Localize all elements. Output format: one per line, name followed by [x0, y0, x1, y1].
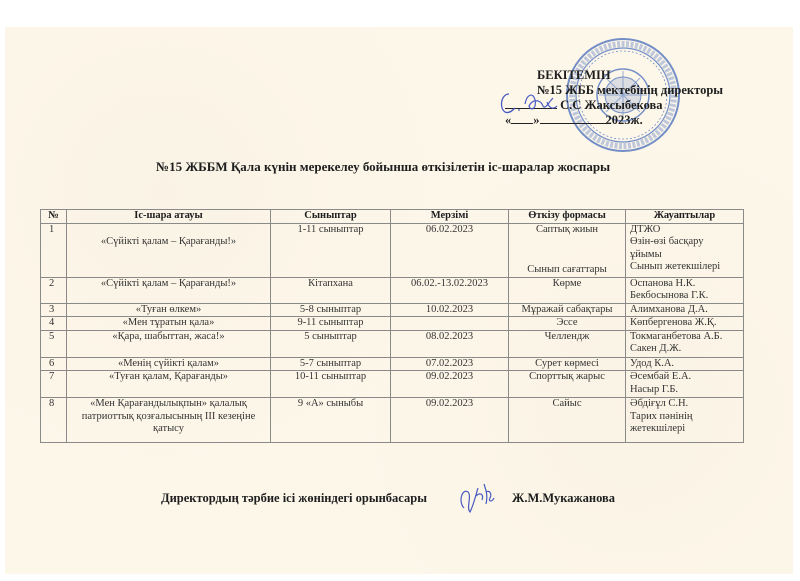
responsible-line: ұйымы [630, 249, 740, 262]
cell-number: 6 [41, 357, 67, 371]
director-signature-icon [497, 82, 567, 122]
table-row: 2 «Сүйікті қалам – Қарағанды!» Кітапхана… [41, 277, 744, 303]
column-header-classes: Сыныптар [271, 210, 391, 224]
responsible-line: жетекшілері [630, 423, 740, 436]
cell-date [391, 317, 509, 331]
table-header-row: № Іс-шара атауы Сыныптар Мерзімі Өткізу … [41, 210, 744, 224]
cell-event: «Қара, шабыттан, жаса!» [67, 330, 271, 357]
cell-responsible: Әбдіғұл С.Н. Тарих пәнінің жетекшілері [626, 398, 744, 443]
table-row: 4 «Мен тұратын қала» 9-11 сыныптар Эссе … [41, 317, 744, 331]
cell-classes: 5 сыныптар [271, 330, 391, 357]
cell-classes: 9 «А» сыныбы [271, 398, 391, 443]
cell-date: 09.02.2023 [391, 398, 509, 443]
cell-number: 5 [41, 330, 67, 357]
cell-classes: 10-11 сыныптар [271, 371, 391, 398]
cell-number: 8 [41, 398, 67, 443]
cell-date: 08.02.2023 [391, 330, 509, 357]
approval-heading: БЕКІТЕМІН [533, 68, 723, 83]
cell-event: «Мен тұратын қала» [67, 317, 271, 331]
page-title: №15 ЖББМ Қала күнін мерекелеу бойынша өт… [156, 159, 610, 175]
table-row: 3 «Туған өлкем» 5-8 сыныптар 10.02.2023 … [41, 303, 744, 317]
column-header-date: Мерзімі [391, 210, 509, 224]
cell-classes: 9-11 сыныптар [271, 317, 391, 331]
responsible-line: Насыр Г.Б. [630, 384, 740, 397]
cell-event: «Сүйікті қалам – Қарағанды!» [67, 223, 271, 277]
cell-event: «Мен Қарағандылықпын» қалалық патриоттық… [67, 398, 271, 443]
cell-form: Сайыс [509, 398, 626, 443]
footer-position: Директордың тәрбие ісі жөніндегі орынбас… [161, 491, 427, 506]
approval-name: С.С Жаксыбекова [560, 98, 662, 112]
cell-classes: 5-8 сыныптар [271, 303, 391, 317]
responsible-line: Оспанова Н.К. [630, 278, 740, 291]
cell-date: 06.02.-13.02.2023 [391, 277, 509, 303]
cell-responsible: Оспанова Н.К. Бекбосынова Г.К. [626, 277, 744, 303]
responsible-line: Сакен Д.Ж. [630, 343, 740, 356]
cell-event: «Менің сүйікті қалам» [67, 357, 271, 371]
table-row: 7 «Туған қалам, Қарағанды» 10-11 сыныпта… [41, 371, 744, 398]
cell-event: «Туған өлкем» [67, 303, 271, 317]
footer-name: Ж.М.Мукажанова [512, 491, 615, 506]
responsible-line: Әсембай Е.А. [630, 371, 740, 384]
event-text: «Сүйікті қалам – Қарағанды!» [70, 224, 267, 249]
responsible-line: Токмаганбетова А.Б. [630, 331, 740, 344]
cell-event: «Туған қалам, Қарағанды» [67, 371, 271, 398]
column-header-number: № [41, 210, 67, 224]
cell-responsible: Удод К.А. [626, 357, 744, 371]
cell-responsible: Алимханова Д.А. [626, 303, 744, 317]
cell-number: 3 [41, 303, 67, 317]
cell-form: Көрме [509, 277, 626, 303]
table-row: 5 «Қара, шабыттан, жаса!» 5 сыныптар 08.… [41, 330, 744, 357]
cell-classes: Кітапхана [271, 277, 391, 303]
cell-form: Эссе [509, 317, 626, 331]
approval-year: 2023ж. [606, 113, 643, 127]
cell-responsible: Көпбергенова Ж.Қ. [626, 317, 744, 331]
table-row: 8 «Мен Қарағандылықпын» қалалық патриотт… [41, 398, 744, 443]
cell-form: Саптық жиын Сынып сағаттары [509, 223, 626, 277]
cell-date: 07.02.2023 [391, 357, 509, 371]
events-table: № Іс-шара атауы Сыныптар Мерзімі Өткізу … [40, 209, 744, 443]
cell-form: Спорттық жарыс [509, 371, 626, 398]
column-header-form: Өткізу формасы [509, 210, 626, 224]
column-header-responsible: Жауаптылар [626, 210, 744, 224]
responsible-line: ДТЖО [630, 224, 740, 237]
cell-responsible: Токмаганбетова А.Б. Сакен Д.Ж. [626, 330, 744, 357]
table-row: 6 «Менің сүйікті қалам» 5-7 сыныптар 07.… [41, 357, 744, 371]
cell-form: Сурет көрмесі [509, 357, 626, 371]
table-row: 1 «Сүйікті қалам – Қарағанды!» 1-11 сыны… [41, 223, 744, 277]
cell-responsible: ДТЖО Өзін-өзі басқару ұйымы Сынып жетекш… [626, 223, 744, 277]
cell-date: 09.02.2023 [391, 371, 509, 398]
cell-form: Мұражай сабақтары [509, 303, 626, 317]
cell-form: Челлендж [509, 330, 626, 357]
cell-responsible: Әсембай Е.А. Насыр Г.Б. [626, 371, 744, 398]
responsible-line: Тарих пәнінің [630, 411, 740, 424]
cell-date: 06.02.2023 [391, 223, 509, 277]
column-header-event: Іс-шара атауы [67, 210, 271, 224]
form-line: Сынып сағаттары [512, 264, 622, 277]
cell-event: «Сүйікті қалам – Қарағанды!» [67, 277, 271, 303]
responsible-line: Сынып жетекшілері [630, 261, 740, 274]
responsible-line: Өзін-өзі басқару [630, 236, 740, 249]
cell-classes: 1-11 сыныптар [271, 223, 391, 277]
cell-number: 7 [41, 371, 67, 398]
form-line: Саптық жиын [512, 224, 622, 237]
responsible-line: Бекбосынова Г.К. [630, 290, 740, 303]
deputy-signature-icon [456, 478, 496, 516]
cell-date: 10.02.2023 [391, 303, 509, 317]
responsible-line: Әбдіғұл С.Н. [630, 398, 740, 411]
cell-number: 4 [41, 317, 67, 331]
cell-number: 1 [41, 223, 67, 277]
cell-number: 2 [41, 277, 67, 303]
cell-classes: 5-7 сыныптар [271, 357, 391, 371]
